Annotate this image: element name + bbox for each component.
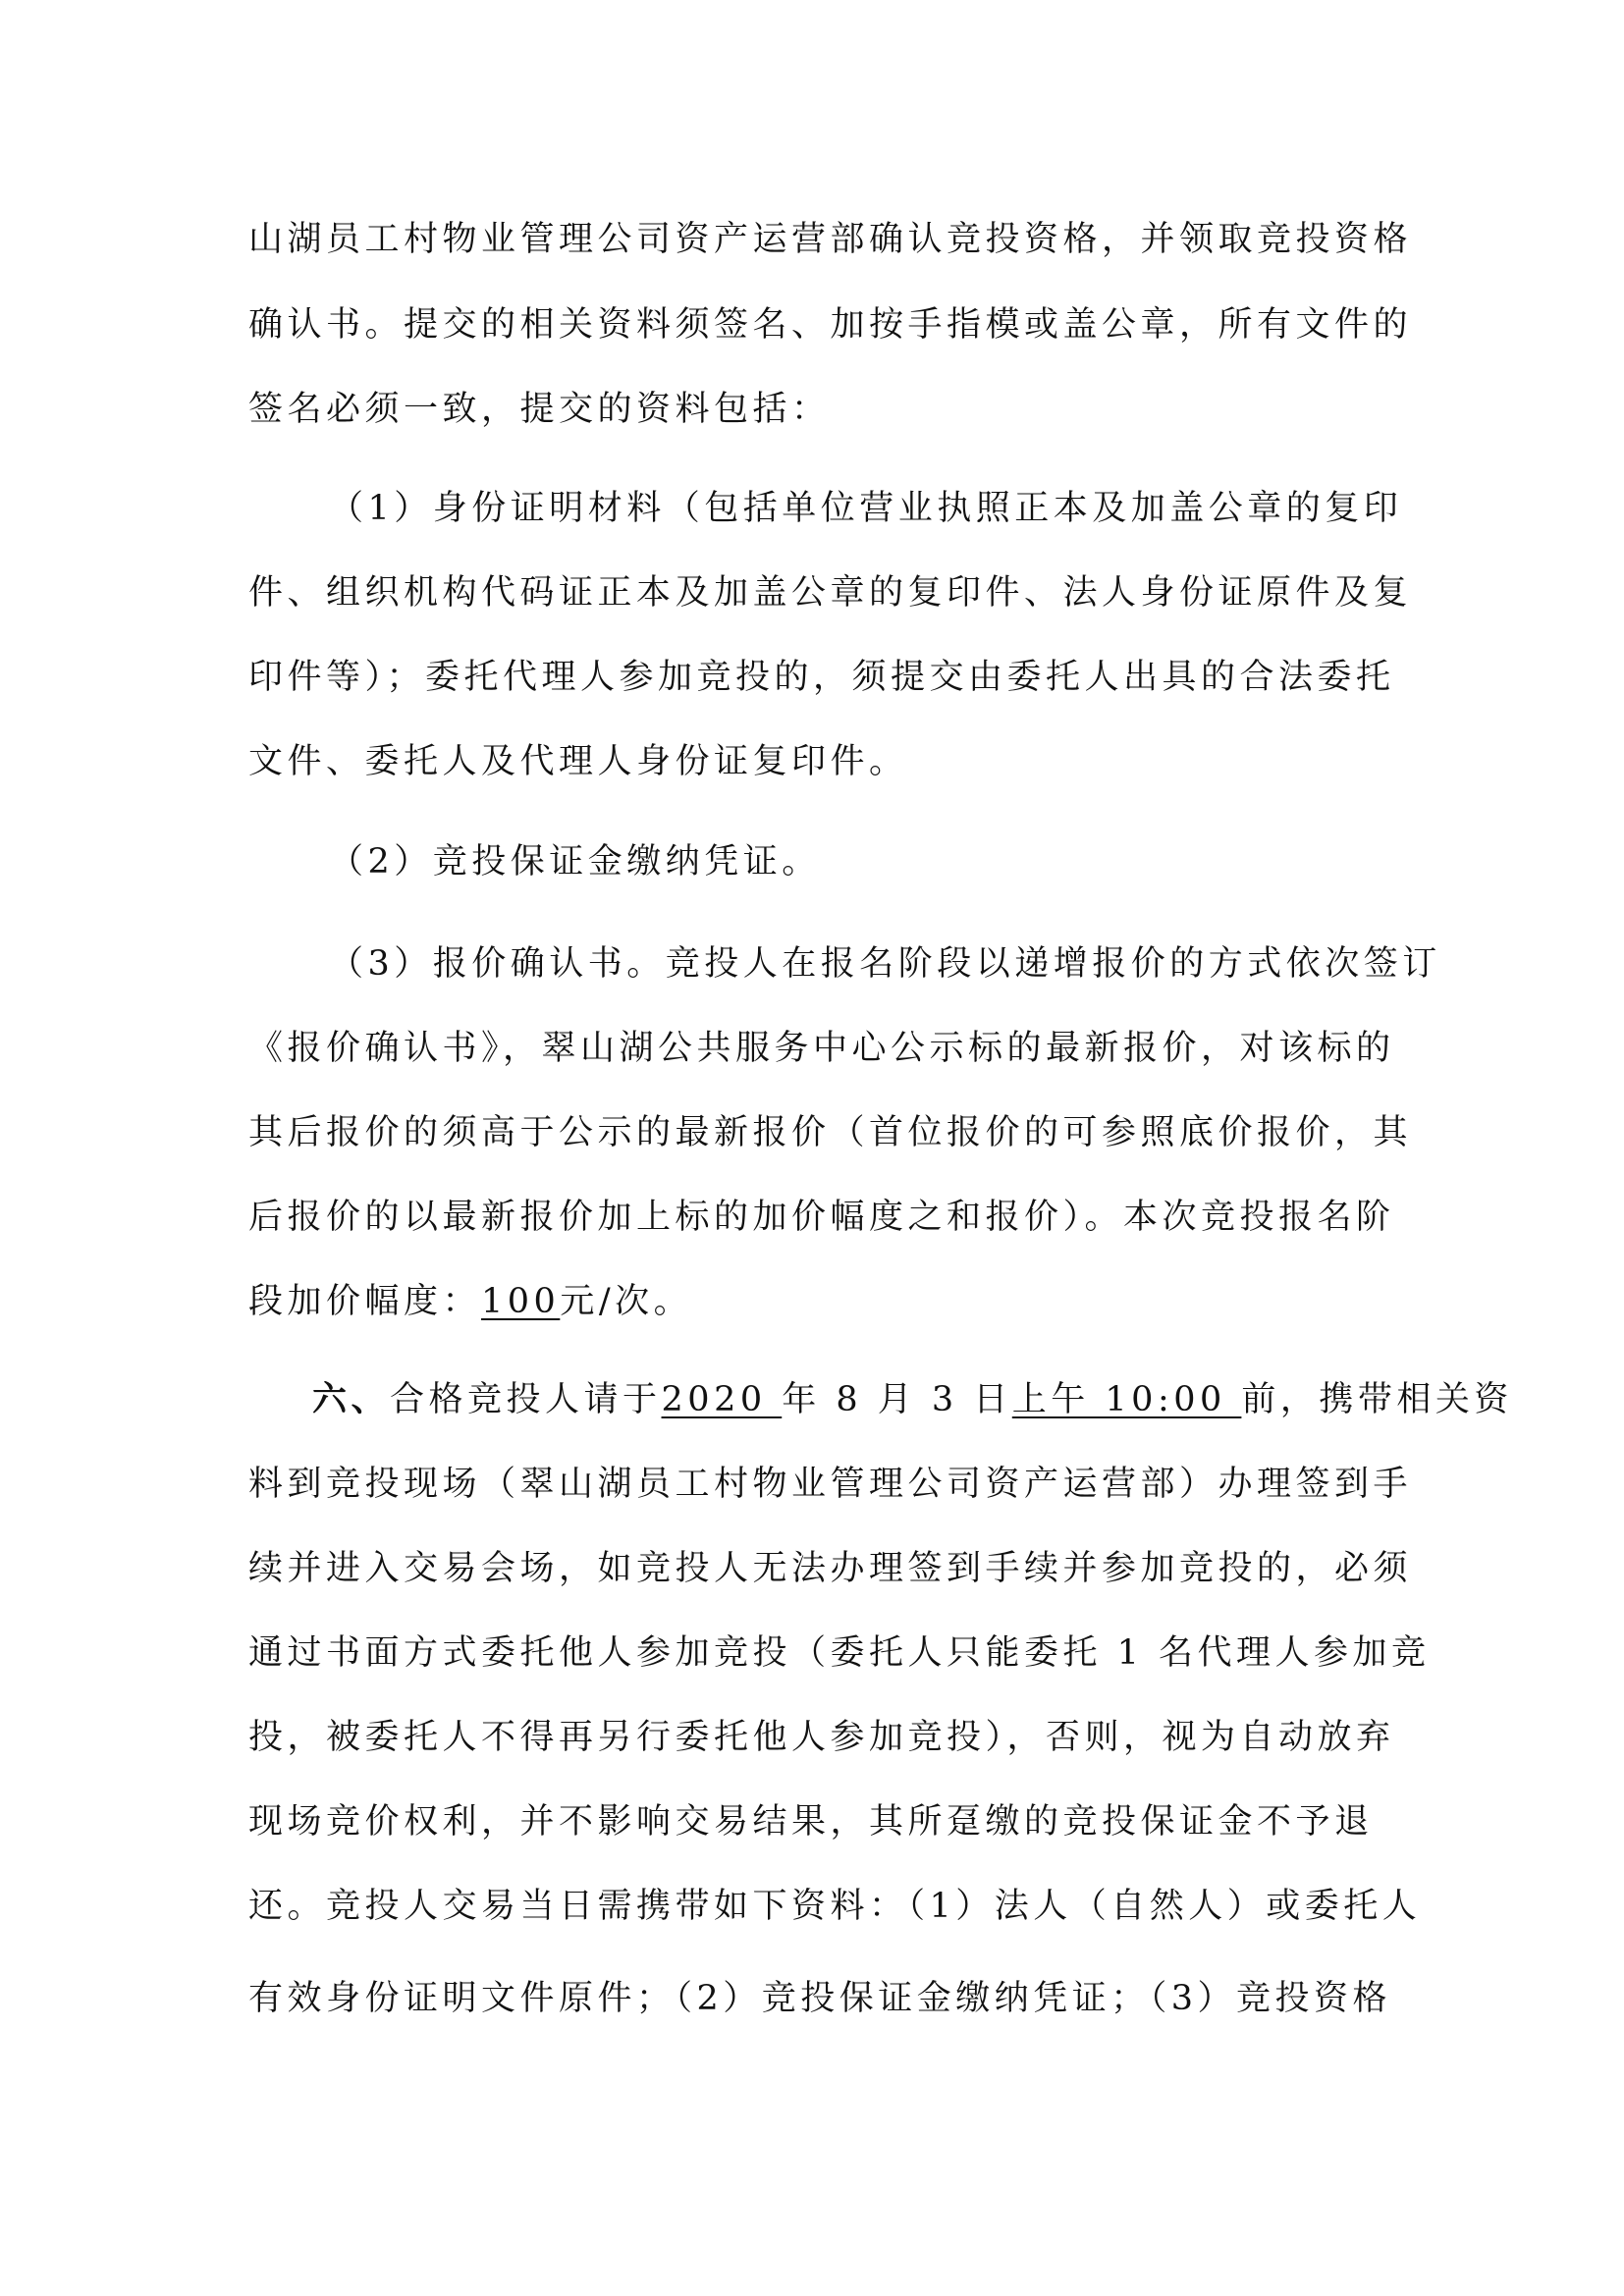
item-2-line-1: （2）竞投保证金缴纳凭证。 <box>329 840 821 883</box>
document-page: 山湖员工村物业管理公司资产运营部确认竞投资格，并领取竞投资格 确认书。提交的相关… <box>0 0 1624 2296</box>
section-6-line-4: 通过书面方式委托他人参加竞投（委托人只能委托 1 名代理人参加竞 <box>248 1631 1431 1675</box>
increment-unit: 元/次。 <box>560 1282 692 1321</box>
item-1-line-4: 文件、委托人及代理人身份证复印件。 <box>248 740 908 783</box>
bid-time: 上午 10:00 <box>1012 1380 1242 1419</box>
section-6-line-7: 还。竞投人交易当日需携带如下资料：（1）法人（自然人）或委托人 <box>248 1885 1421 1928</box>
section-6-line-3: 续并进入交易会场，如竞投人无法办理签到手续并参加竞投的，必须 <box>248 1547 1412 1590</box>
section-6-heading: 六、 <box>312 1379 390 1419</box>
section-6-text-c: 前，携带相关资 <box>1241 1380 1513 1419</box>
item-3-line-5: 段加价幅度：100元/次。 <box>248 1280 692 1323</box>
intro-line-1: 山湖员工村物业管理公司资产运营部确认竞投资格，并领取竞投资格 <box>248 218 1412 261</box>
item-3-line-2: 《报价确认书》，翠山湖公共服务中心公示标的最新报价，对该标的 <box>248 1027 1395 1070</box>
intro-line-3: 签名必须一致，提交的资料包括： <box>248 388 831 431</box>
item-1-line-3: 印件等）；委托代理人参加竞投的，须提交由委托人出具的合法委托 <box>248 656 1395 699</box>
bid-year: 2020 <box>662 1380 783 1419</box>
section-6-line-5: 投，被委托人不得再另行委托他人参加竞投），否则，视为自动放弃 <box>248 1716 1395 1759</box>
increment-label: 段加价幅度： <box>248 1282 481 1321</box>
intro-line-2: 确认书。提交的相关资料须签名、加按手指模或盖公章，所有文件的 <box>248 303 1412 347</box>
item-3-line-1: （3）报价确认书。竞投人在报名阶段以递增报价的方式依次签订 <box>329 942 1441 986</box>
section-6-line-2: 料到竞投现场（翠山湖员工村物业管理公司资产运营部）办理签到手 <box>248 1463 1412 1506</box>
item-1-line-2: 件、组织机构代码证正本及加盖公章的复印件、法人身份证原件及复 <box>248 571 1412 614</box>
item-3-line-4: 后报价的以最新报价加上标的加价幅度之和报价）。本次竞投报名阶 <box>248 1196 1395 1239</box>
bid-date: 年 8 月 3 日 <box>782 1380 1012 1419</box>
item-1-line-1: （1）身份证明材料（包括单位营业执照正本及加盖公章的复印 <box>329 487 1402 530</box>
section-6-text-a: 合格竞投人请于 <box>390 1380 662 1419</box>
section-6-line-1: 六、合格竞投人请于2020 年 8 月 3 日上午 10:00 前，携带相关资 <box>312 1378 1513 1421</box>
increment-value: 100 <box>481 1282 560 1321</box>
item-3-line-3: 其后报价的须高于公示的最新报价（首位报价的可参照底价报价，其 <box>248 1111 1412 1154</box>
section-6-line-8: 有效身份证明文件原件；（2）竞投保证金缴纳凭证；（3）竞投资格 <box>248 1977 1391 2020</box>
section-6-line-6: 现场竞价权利，并不影响交易结果，其所趸缴的竞投保证金不予退 <box>248 1800 1374 1843</box>
